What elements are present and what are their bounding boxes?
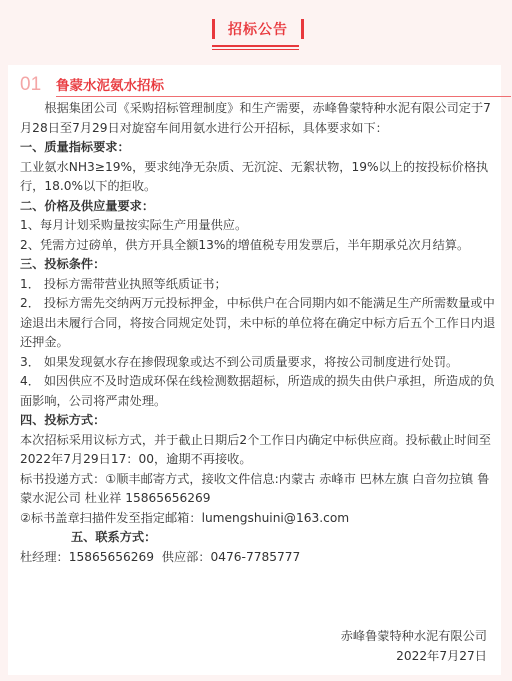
signature-company: 赤峰鲁蒙特种水泥有限公司 xyxy=(341,627,487,647)
intro-paragraph: 根据集团公司《采购招标管理制度》和生产需要，赤峰鲁蒙特种水泥有限公司定于7月28… xyxy=(20,99,496,138)
page-title: 招标公告 xyxy=(228,19,288,39)
quality-text: 工业氨水NH3≥19%，要求纯净无杂质、无沉淀、无絮状物，19%以上的按投标价格… xyxy=(20,158,496,197)
section-number: 01 xyxy=(20,74,41,96)
condition-item: 4． 如因供应不及时造成环保在线检测数据超标，所造成的损失由供户承担，所造成的负… xyxy=(20,372,496,411)
header-title-frame: 招标公告 xyxy=(212,19,304,39)
signature-block: 赤峰鲁蒙特种水泥有限公司 2022年7月27日 xyxy=(341,627,487,666)
price-item: 1、每月计划采购量按实际生产用量供应。 xyxy=(20,216,496,236)
price-item: 2、凭需方过磅单，供方开具全额13%的增值税专用发票后，半年期承兑次月结算。 xyxy=(20,236,496,256)
signature-date: 2022年7月27日 xyxy=(341,647,487,667)
contact-text: 杜经理：15865656269 供应部：0476-7785777 xyxy=(20,548,496,568)
section-divider xyxy=(56,96,511,97)
header-underline xyxy=(212,45,299,50)
section-title: 鲁蒙水泥氨水招标 xyxy=(56,74,164,94)
delivery-text: 标书投递方式：①顺丰邮寄方式，接收文件信息:内蒙古 赤峰市 巴林左旗 白音勿拉镇… xyxy=(20,470,496,509)
quality-heading: 一、质量指标要求： xyxy=(20,138,496,158)
email-address[interactable]: lumengshuini@163.com xyxy=(202,511,350,525)
announcement-card: 01 鲁蒙水泥氨水招标 根据集团公司《采购招标管理制度》和生产需要，赤峰鲁蒙特种… xyxy=(8,65,501,675)
announcement-header: 招标公告 xyxy=(0,0,512,62)
condition-item: 3． 如果发现氨水存在掺假现象或达不到公司质量要求，将按公司制度进行处罚。 xyxy=(20,353,496,373)
announcement-body: 根据集团公司《采购招标管理制度》和生产需要，赤峰鲁蒙特种水泥有限公司定于7月28… xyxy=(20,99,496,567)
price-heading: 二、价格及供应量要求： xyxy=(20,197,496,217)
email-label: ②标书盖章扫描件发至指定邮箱： xyxy=(20,511,202,525)
email-line: ②标书盖章扫描件发至指定邮箱：lumengshuini@163.com xyxy=(20,509,496,529)
contact-heading: 五、联系方式： xyxy=(20,528,496,548)
condition-item: 1． 投标方需带营业执照等纸质证书； xyxy=(20,275,496,295)
method-heading: 四、投标方式： xyxy=(20,411,496,431)
method-text: 本次招标采用议标方式，并于截止日期后2个工作日内确定中标供应商。投标截止时间至2… xyxy=(20,431,496,470)
conditions-heading: 三、投标条件： xyxy=(20,255,496,275)
section-heading: 01 鲁蒙水泥氨水招标 xyxy=(20,72,480,98)
condition-item: 2． 投标方需先交纳两万元投标押金，中标供户在合同期内如不能满足生产所需数量或中… xyxy=(20,294,496,353)
